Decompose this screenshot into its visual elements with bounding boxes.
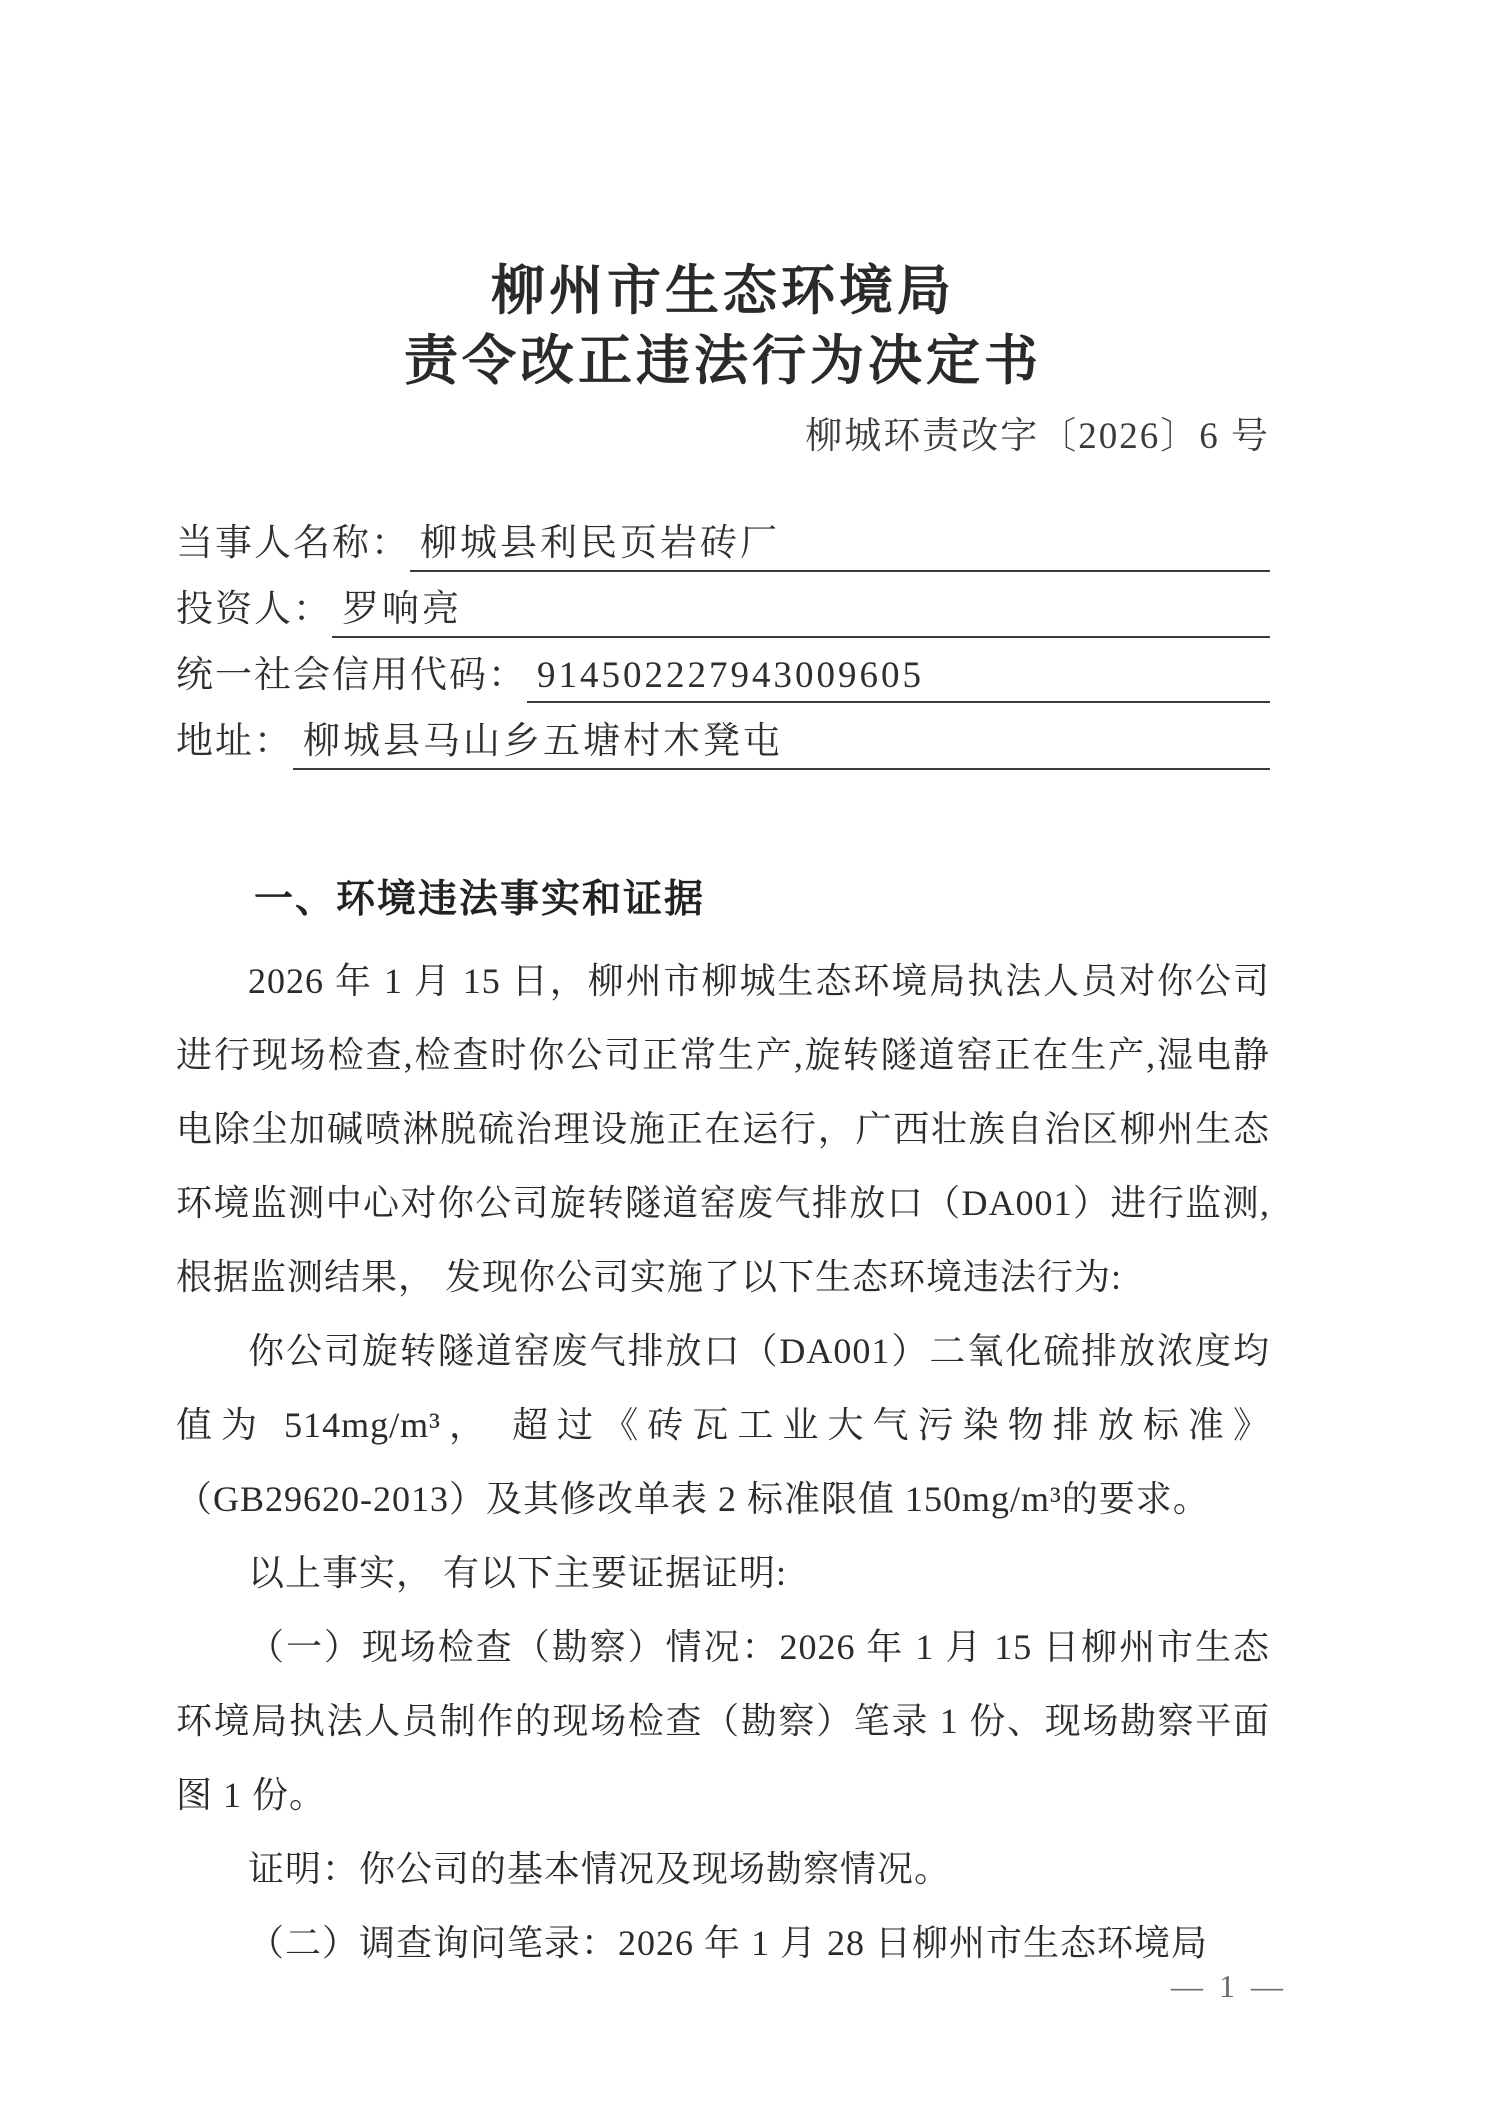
investor-label: 投资人： <box>176 578 332 632</box>
field-row-credit-code: 统一社会信用代码： 914502227943009605 <box>176 644 1270 710</box>
document-title-line2: 责令改正违法行为决定书 <box>176 326 1270 396</box>
party-info-fields: 当事人名称： 柳城县利民页岩砖厂 投资人： 罗响亮 统一社会信用代码： 9145… <box>176 512 1270 776</box>
paragraph-evidence-1: （一）现场检查（勘察）情况：2026 年 1 月 15 日柳州市生态环境局执法人… <box>176 1610 1270 1832</box>
party-name-value: 柳城县利民页岩砖厂 <box>410 512 1270 572</box>
paragraph-violation-details: 你公司旋转隧道窑废气排放口（DA001）二氧化硫排放浓度均值为 514mg/m³… <box>176 1314 1270 1536</box>
field-row-address: 地址： 柳城县马山乡五塘村木凳屯 <box>176 710 1270 776</box>
address-value: 柳城县马山乡五塘村木凳屯 <box>293 710 1270 770</box>
credit-code-label: 统一社会信用代码： <box>176 644 527 698</box>
field-row-investor: 投资人： 罗响亮 <box>176 578 1270 644</box>
document-title-line1: 柳州市生态环境局 <box>176 256 1270 326</box>
document-body: 2026 年 1 月 15 日，柳州市柳城生态环境局执法人员对你公司进行现场检查… <box>176 944 1270 1980</box>
document-page: 柳州市生态环境局 责令改正违法行为决定书 柳城环责改字〔2026〕6 号 当事人… <box>0 0 1487 2105</box>
field-row-party-name: 当事人名称： 柳城县利民页岩砖厂 <box>176 512 1270 578</box>
document-number: 柳城环责改字〔2026〕6 号 <box>176 412 1270 462</box>
investor-value: 罗响亮 <box>332 578 1270 638</box>
party-name-label: 当事人名称： <box>176 512 410 566</box>
paragraph-evidence-1-proof: 证明：你公司的基本情况及现场勘察情况。 <box>176 1832 1270 1906</box>
page-number: — 1 — <box>1171 1968 1287 2005</box>
section1-heading: 一、环境违法事实和证据 <box>176 868 1270 924</box>
paragraph-evidence-2: （二）调查询问笔录：2026 年 1 月 28 日柳州市生态环境局 <box>176 1906 1270 1980</box>
paragraph-inspection-facts: 2026 年 1 月 15 日，柳州市柳城生态环境局执法人员对你公司进行现场检查… <box>176 944 1270 1314</box>
document-content: 柳州市生态环境局 责令改正违法行为决定书 柳城环责改字〔2026〕6 号 当事人… <box>176 0 1270 1980</box>
document-title-block: 柳州市生态环境局 责令改正违法行为决定书 <box>176 256 1270 396</box>
credit-code-value: 914502227943009605 <box>527 654 1270 703</box>
paragraph-evidence-intro: 以上事实， 有以下主要证据证明: <box>176 1536 1270 1610</box>
address-label: 地址： <box>176 710 293 764</box>
